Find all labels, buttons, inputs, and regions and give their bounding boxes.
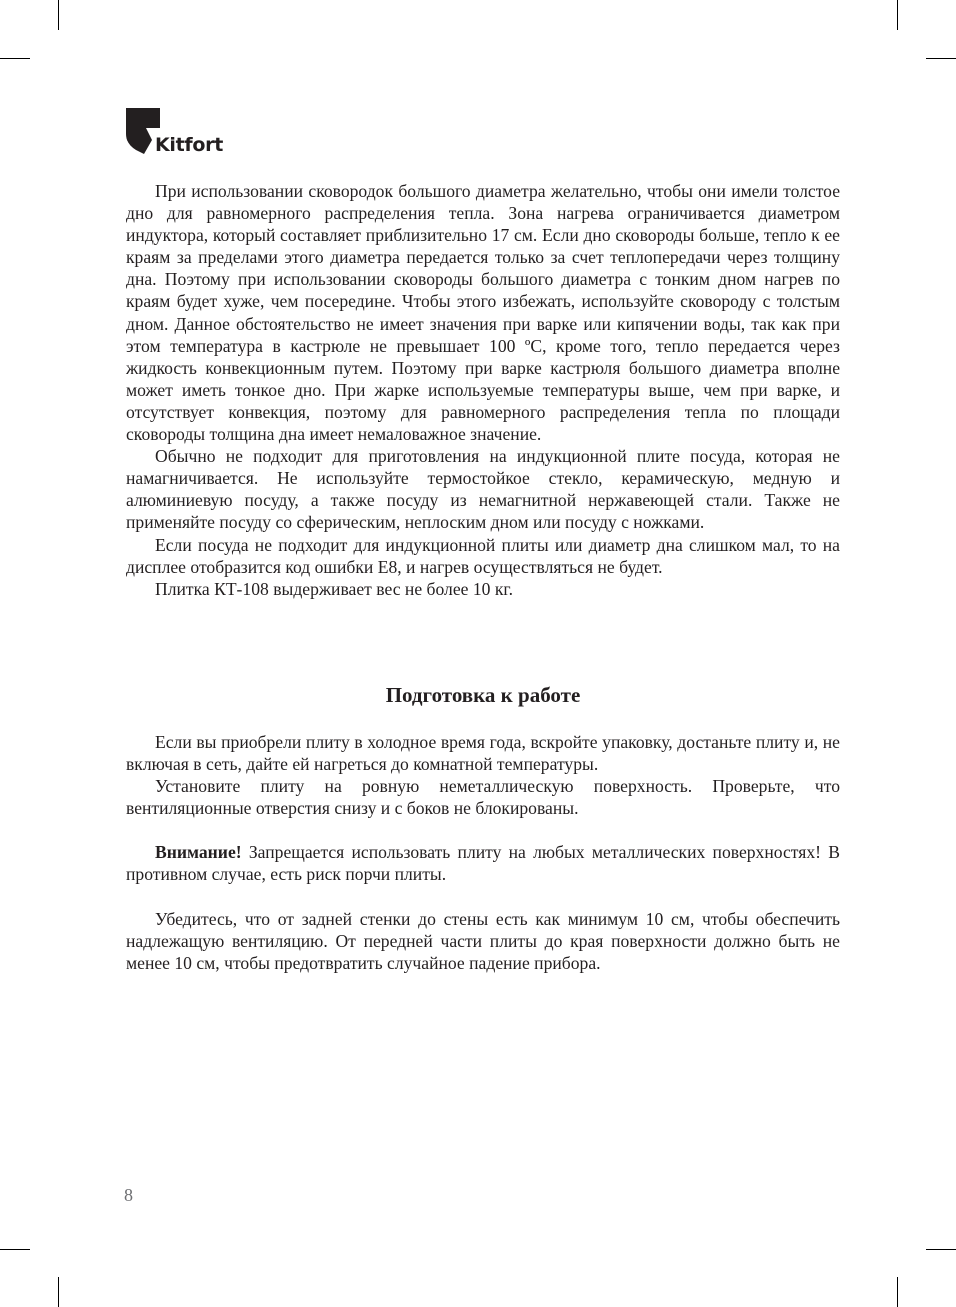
crop-mark bbox=[897, 0, 898, 30]
page-number: 8 bbox=[124, 1185, 133, 1206]
warning-paragraph: Внимание! Запрещается использовать плиту… bbox=[126, 841, 840, 885]
paragraph: Если посуда не подходит для индукционной… bbox=[126, 534, 840, 578]
crop-mark bbox=[897, 1277, 898, 1307]
section-preparation: Если вы приобрели плиту в холодное время… bbox=[126, 731, 840, 974]
crop-mark bbox=[58, 1277, 59, 1307]
crop-mark bbox=[0, 58, 30, 59]
brand-name: Kitfort bbox=[155, 134, 223, 156]
paragraph: Если вы приобрели плиту в холодное время… bbox=[126, 731, 840, 775]
paragraph: Обычно не подходит для приготовления на … bbox=[126, 445, 840, 533]
crop-mark bbox=[58, 0, 59, 30]
paragraph: Плитка КТ-108 выдерживает вес не более 1… bbox=[126, 578, 840, 600]
crop-mark bbox=[0, 1249, 30, 1250]
section-title: Подготовка к работе bbox=[126, 683, 840, 708]
paragraph: При использовании сковородок большого ди… bbox=[126, 180, 840, 445]
section-cookware: При использовании сковородок большого ди… bbox=[126, 180, 840, 600]
warning-label: Внимание! bbox=[155, 842, 242, 862]
crop-mark bbox=[926, 1249, 956, 1250]
crop-mark bbox=[926, 58, 956, 59]
paragraph: Убедитесь, что от задней стенки до стены… bbox=[126, 908, 840, 974]
paragraph: Установите плиту на ровную неметаллическ… bbox=[126, 775, 840, 819]
